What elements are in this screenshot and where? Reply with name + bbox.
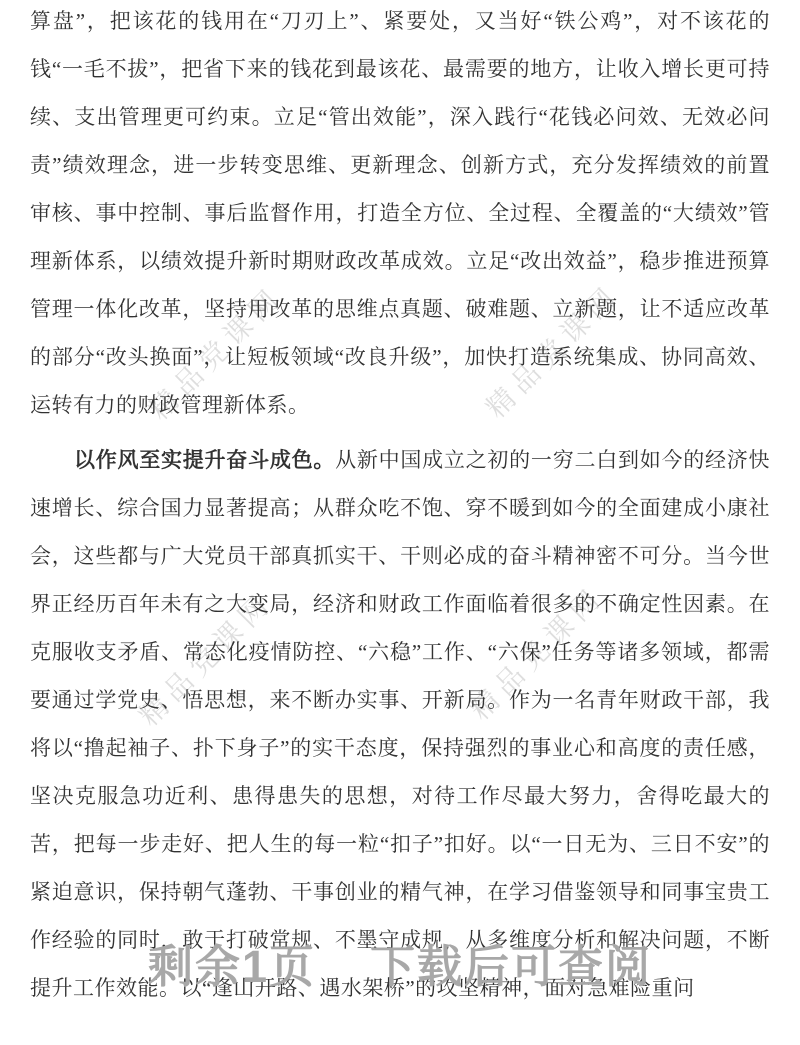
paragraph-text: 算盘”，把该花的钱用在“刀刃上”、紧要处，又当好“铁公鸡”，对不该花的钱“一毛不…: [30, 9, 770, 417]
paragraph: 算盘”，把该花的钱用在“刀刃上”、紧要处，又当好“铁公鸡”，对不该花的钱“一毛不…: [30, 0, 770, 429]
paragraph-text: 从新中国成立之初的一穷二白到如今的经济快速增长、综合国力显著提高；从群众吃不饱、…: [30, 448, 770, 1000]
paragraph: 以作风至实提升奋斗成色。从新中国成立之初的一穷二白到如今的经济快速增长、综合国力…: [30, 436, 770, 1012]
document-preview-page: 精品党课网 精品党课网 精品党课网 精品党课网 算盘”，把该花的钱用在“刀刃上”…: [0, 0, 800, 1045]
paragraph-lead-bold-text: 以作风至实提升奋斗成色。: [74, 448, 335, 472]
remaining-pages-label: 剩余1页: [148, 941, 316, 992]
download-to-view-label: 下载后可查阅: [370, 941, 652, 992]
document-body: 算盘”，把该花的钱用在“刀刃上”、紧要处，又当好“铁公鸡”，对不该花的钱“一毛不…: [30, 0, 770, 1012]
remaining-pages-notice: 剩余1页下载后可查阅: [0, 942, 800, 992]
